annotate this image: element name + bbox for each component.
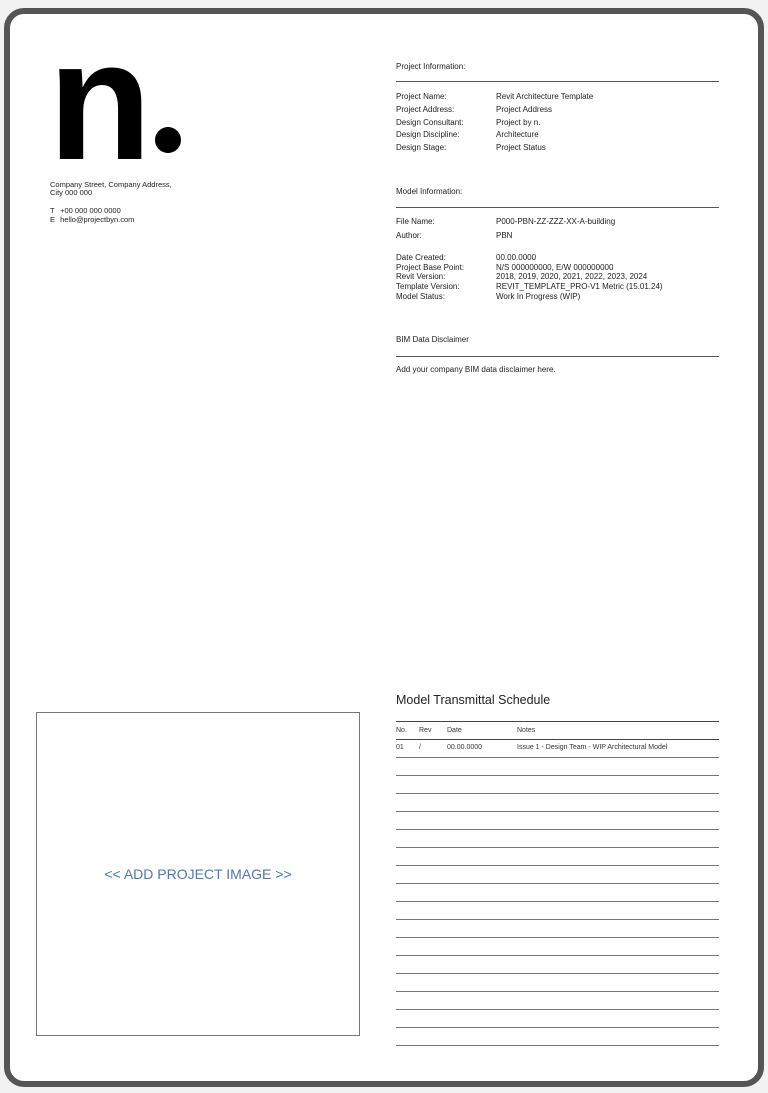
project-info-value: Architecture bbox=[496, 129, 593, 142]
model-info-title: Model Information: bbox=[396, 187, 462, 196]
row-divider bbox=[396, 757, 719, 758]
model-info-table-b: Date Created:00.00.0000Project Base Poin… bbox=[396, 253, 663, 302]
model-info-value: 2018, 2019, 2020, 2021, 2022, 2023, 2024 bbox=[496, 272, 663, 282]
project-info-value: Project by n. bbox=[496, 117, 593, 130]
disclaimer-text: Add your company BIM data disclaimer her… bbox=[396, 365, 556, 374]
model-info-value: REVIT_TEMPLATE_PRO-V1 Metric (15.01.24) bbox=[496, 282, 663, 292]
logo-letter: n bbox=[48, 16, 146, 186]
email-row: E hello@projectbyn.com bbox=[50, 216, 134, 225]
disclaimer-divider bbox=[396, 356, 719, 357]
company-address: Company Street, Company Address, City 00… bbox=[50, 181, 172, 197]
empty-row-divider bbox=[396, 775, 719, 776]
model-info-row: File Name:P000-PBN-ZZ-ZZZ-XX-A-building bbox=[396, 215, 615, 229]
project-info-label: Design Stage: bbox=[396, 142, 496, 155]
project-info-value: Project Address bbox=[496, 104, 593, 117]
project-info-row: Design Consultant:Project by n. bbox=[396, 117, 593, 130]
dot-icon bbox=[155, 127, 181, 153]
cell-no: 01 bbox=[396, 744, 404, 751]
cell-rev: / bbox=[419, 744, 421, 751]
col-date: Date bbox=[447, 727, 462, 734]
cell-date: 00.00.0000 bbox=[447, 744, 482, 751]
model-info-label: Date Created: bbox=[396, 253, 496, 263]
empty-row-divider bbox=[396, 937, 719, 938]
project-info-value: Project Status bbox=[496, 142, 593, 155]
model-info-row: Author:PBN bbox=[396, 229, 615, 243]
model-info-label: Author: bbox=[396, 229, 496, 243]
model-info-value: N/S 000000000, E/W 000000000 bbox=[496, 263, 663, 273]
model-info-label: File Name: bbox=[396, 215, 496, 229]
model-info-row: Date Created:00.00.0000 bbox=[396, 253, 663, 263]
project-info-row: Project Address:Project Address bbox=[396, 104, 593, 117]
schedule-top-rule bbox=[396, 721, 719, 722]
project-info-row: Design Discipline:Architecture bbox=[396, 129, 593, 142]
project-info-row: Design Stage:Project Status bbox=[396, 142, 593, 155]
cell-notes: Issue 1 - Design Team - WIP Architectura… bbox=[517, 744, 667, 751]
email-label: E bbox=[50, 216, 58, 225]
company-contact: T +00 000 000 0000 E hello@projectbyn.co… bbox=[50, 207, 134, 224]
model-info-value: PBN bbox=[496, 229, 615, 243]
model-info-value: P000-PBN-ZZ-ZZZ-XX-A-building bbox=[496, 215, 615, 229]
project-info-row: Project Name:Revit Architecture Template bbox=[396, 91, 593, 104]
model-info-value: 00.00.0000 bbox=[496, 253, 663, 263]
empty-row-divider bbox=[396, 1009, 719, 1010]
model-info-divider bbox=[396, 207, 719, 208]
model-info-label: Model Status: bbox=[396, 292, 496, 302]
empty-row-divider bbox=[396, 1045, 719, 1046]
empty-row-divider bbox=[396, 829, 719, 830]
project-info-label: Project Address: bbox=[396, 104, 496, 117]
model-info-row: Revit Version:2018, 2019, 2020, 2021, 20… bbox=[396, 272, 663, 282]
model-info-label: Project Base Point: bbox=[396, 263, 496, 273]
empty-row-divider bbox=[396, 991, 719, 992]
model-info-row: Model Status:Work In Progress (WIP) bbox=[396, 292, 663, 302]
col-notes: Notes bbox=[517, 727, 535, 734]
empty-row-divider bbox=[396, 793, 719, 794]
model-info-label: Template Version: bbox=[396, 282, 496, 292]
col-rev: Rev bbox=[419, 727, 431, 734]
schedule-title: Model Transmittal Schedule bbox=[396, 693, 550, 707]
empty-row-divider bbox=[396, 901, 719, 902]
empty-row-divider bbox=[396, 919, 719, 920]
project-info-label: Design Discipline: bbox=[396, 129, 496, 142]
empty-row-divider bbox=[396, 955, 719, 956]
empty-row-divider bbox=[396, 847, 719, 848]
model-info-row: Template Version:REVIT_TEMPLATE_PRO-V1 M… bbox=[396, 282, 663, 292]
empty-row-divider bbox=[396, 1027, 719, 1028]
empty-row-divider bbox=[396, 865, 719, 866]
model-info-table-a: File Name:P000-PBN-ZZ-ZZZ-XX-A-buildingA… bbox=[396, 215, 615, 242]
model-info-value: Work In Progress (WIP) bbox=[496, 292, 663, 302]
project-info-divider bbox=[396, 81, 719, 82]
schedule-header-rule bbox=[396, 739, 719, 740]
project-info-label: Design Consultant: bbox=[396, 117, 496, 130]
empty-row-divider bbox=[396, 883, 719, 884]
email-value[interactable]: hello@projectbyn.com bbox=[60, 215, 134, 224]
disclaimer-title: BIM Data Disclaimer bbox=[396, 335, 469, 344]
empty-row-divider bbox=[396, 811, 719, 812]
project-info-value: Revit Architecture Template bbox=[496, 91, 593, 104]
project-info-title: Project Information: bbox=[396, 62, 465, 71]
empty-row-divider bbox=[396, 973, 719, 974]
project-image-frame[interactable]: << ADD PROJECT IMAGE >> bbox=[36, 712, 360, 1036]
col-no: No. bbox=[396, 727, 407, 734]
address-line-2: City 000 000 bbox=[50, 189, 172, 197]
model-info-row: Project Base Point:N/S 000000000, E/W 00… bbox=[396, 263, 663, 273]
project-info-label: Project Name: bbox=[396, 91, 496, 104]
project-info-table: Project Name:Revit Architecture Template… bbox=[396, 91, 593, 155]
project-image-placeholder: << ADD PROJECT IMAGE >> bbox=[37, 866, 359, 882]
model-info-label: Revit Version: bbox=[396, 272, 496, 282]
